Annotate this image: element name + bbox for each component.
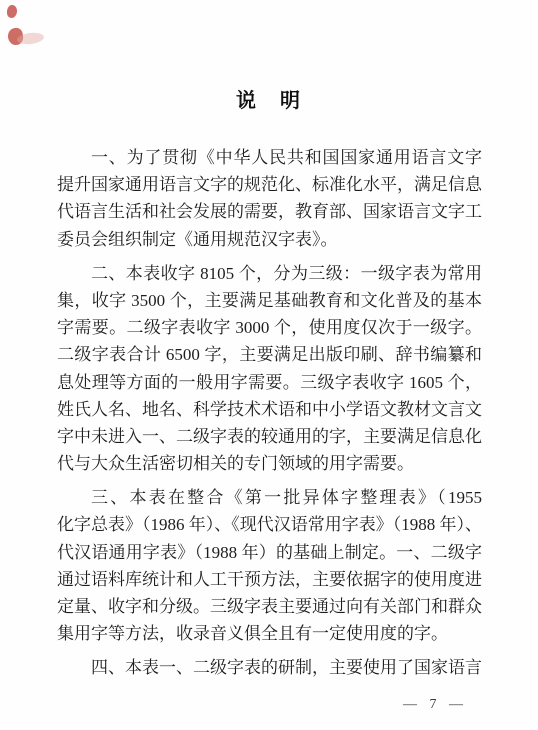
notes-paragraph-3: 三、本表在整合《第一批异体字整理表》（1955 年）、《简 化字总表》（1986…	[57, 484, 482, 647]
page-number: — 7 —	[403, 697, 464, 713]
text-line: 集，收字 3500 个，主要满足基础教育和文化普及的基本用	[57, 287, 482, 314]
text-line: 息处理等方面的一般用字需要。三级字表收字 1605 个，是	[57, 369, 482, 396]
red-ink-mark	[6, 4, 18, 19]
text-line: 通过语料库统计和人工干预方法，主要依据字的使用度进行	[57, 566, 482, 593]
text-line: 一、为了贯彻《中华人民共和国国家通用语言文字法》，	[57, 144, 482, 171]
page-title: 说 明	[0, 84, 538, 113]
text-line: 姓氏人名、地名、科学技术术语和中小学语文教材文言文用	[57, 396, 482, 423]
notes-paragraph-1: 一、为了贯彻《中华人民共和国国家通用语言文字法》， 提升国家通用语言文字的规范化…	[57, 144, 482, 253]
red-ink-smudge	[16, 31, 44, 45]
text-line: 委员会组织制定《通用规范汉字表》。	[57, 226, 482, 253]
text-line: 代汉语通用字表》（1988 年）的基础上制定。一、二级字表	[57, 539, 482, 566]
notes-paragraph-4: 四、本表一、二级字表的研制，主要使用了国家语言文	[57, 654, 482, 681]
text-line: 三、本表在整合《第一批异体字整理表》（1955 年）、《简	[57, 484, 482, 511]
text-line: 字需要。二级字表收字 3000 个，使用度仅次于一级字。一、	[57, 314, 482, 341]
text-line: 化字总表》（1986 年）、《现代汉语常用字表》（1988 年）、《现	[57, 511, 482, 538]
text-line: 二、本表收字 8105 个，分为三级：一级字表为常用字	[57, 260, 482, 287]
text-line: 二级字表合计 6500 字，主要满足出版印刷、辞书编纂和信	[57, 341, 482, 368]
text-line: 定量、收字和分级。三级字表主要通过向有关部门和群众征	[57, 593, 482, 620]
text-line: 提升国家通用语言文字的规范化、标准化水平，满足信息时	[57, 171, 482, 198]
notes-paragraph-2: 二、本表收字 8105 个，分为三级：一级字表为常用字 集，收字 3500 个，…	[57, 260, 482, 478]
notes-body: 一、为了贯彻《中华人民共和国国家通用语言文字法》， 提升国家通用语言文字的规范化…	[57, 144, 482, 689]
red-ink-mark	[7, 27, 24, 46]
document-page: 说 明 一、为了贯彻《中华人民共和国国家通用语言文字法》， 提升国家通用语言文字…	[0, 0, 538, 730]
text-line: 集用字等方法，收录音义俱全且有一定使用度的字。	[57, 620, 482, 647]
text-line: 代与大众生活密切相关的专门领域的用字需要。	[57, 450, 482, 477]
text-line: 四、本表一、二级字表的研制，主要使用了国家语言文	[57, 654, 482, 681]
text-line: 代语言生活和社会发展的需要，教育部、国家语言文字工作	[57, 198, 482, 225]
text-line: 字中未进入一、二级字表的较通用的字，主要满足信息化时	[57, 423, 482, 450]
